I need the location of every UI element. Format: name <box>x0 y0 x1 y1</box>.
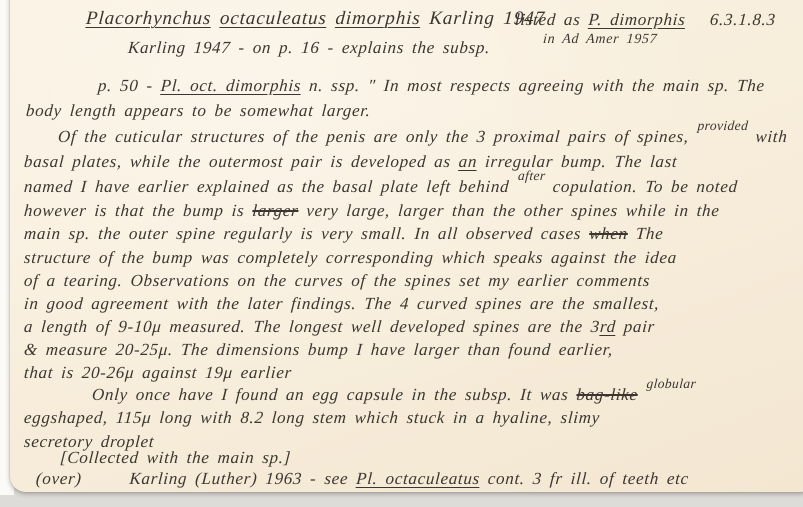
handwriting-segment: of a tearing. Observations on the curves… <box>23 271 651 290</box>
handwriting-segment: irregular bump. The last <box>477 152 679 171</box>
handwriting-segment: with <box>747 127 788 146</box>
catalog-number: 6.3.1.8.3 <box>709 10 776 30</box>
inserted-word: provided <box>697 118 749 133</box>
inserted-word: globular <box>646 376 697 391</box>
handwriting-segment: (over) <box>35 469 82 488</box>
handwriting-segment: The <box>627 224 664 243</box>
listed-as-annotation: listed as P. dimorphis <box>514 10 686 30</box>
collected-note: [Collected with the main sp.] <box>59 448 292 468</box>
over-reference-line: (over) Karling (Luther) 1963 - see Pl. o… <box>35 469 689 489</box>
handwriting-segment: Only once have I found an egg capsule in… <box>91 385 577 404</box>
handwriting-segment: rd <box>599 317 616 336</box>
crossed-out-word: when <box>589 224 629 243</box>
handwriting-segment: in good agreement with the later finding… <box>23 294 660 313</box>
handwriting-segment: n. ssp. " In most respects agreeing with… <box>301 76 766 95</box>
handwriting-segment: an <box>458 152 478 171</box>
handwritten-line: in good agreement with the later finding… <box>23 294 660 314</box>
handwritten-line: main sp. the outer spine regularly is ve… <box>23 224 664 244</box>
handwritten-line: a length of 9-10μ measured. The longest … <box>23 317 655 337</box>
scan-background: Placorhynchus octaculeatus dimorphis Kar… <box>0 0 803 507</box>
handwriting-segment: Karling (Luther) 1963 - see <box>81 469 357 488</box>
handwritten-line: body length appears to be somewhat large… <box>25 101 371 121</box>
species-title-line: Placorhynchus octaculeatus dimorphis Kar… <box>85 8 546 30</box>
handwriting-segment: Placorhynchus <box>85 8 212 29</box>
handwritten-line: eggshaped, 115μ long with 8.2 long stem … <box>23 408 600 428</box>
crossed-out-word: bag-like <box>576 385 639 404</box>
handwriting-segment: P. dimorphis <box>588 10 686 29</box>
handwriting-segment: basal plates, while the outermost pair i… <box>23 152 459 171</box>
reference-note-line: Karling 1947 - on p. 16 - explains the s… <box>127 38 491 58</box>
handwriting-segment: eggshaped, 115μ long with 8.2 long stem … <box>23 408 600 427</box>
handwritten-line: however is that the bump is larger very … <box>23 201 720 221</box>
handwriting-segment: that is 20-26μ against 19μ earlier <box>23 363 292 382</box>
handwritten-line: that is 20-26μ against 19μ earlier <box>23 363 292 383</box>
index-card: Placorhynchus octaculeatus dimorphis Kar… <box>10 0 803 492</box>
handwritten-line: structure of the bump was completely cor… <box>23 248 677 268</box>
handwritten-line: basal plates, while the outermost pair i… <box>23 152 678 172</box>
handwriting-segment: structure of the bump was completely cor… <box>23 248 677 267</box>
handwriting-segment: cont. 3 fr ill. of teeth etc <box>479 469 689 488</box>
handwriting-segment: pair <box>615 317 655 336</box>
handwritten-line: Only once have I found an egg capsule in… <box>91 385 696 405</box>
handwriting-segment: Pl. octaculeatus <box>356 469 481 488</box>
handwritten-line: Of the cuticular structures of the penis… <box>57 127 788 147</box>
listed-as-annotation-source: in Ad Amer 1957 <box>542 32 657 48</box>
handwriting-segment: Pl. oct. dimorphis <box>160 76 302 95</box>
handwritten-line: & measure 20-25μ. The dimensions bump I … <box>23 340 613 360</box>
handwriting-segment: however is that the bump is <box>23 201 253 220</box>
handwriting-segment: main sp. the outer spine regularly is ve… <box>23 224 590 243</box>
handwriting-segment: a length of 9-10μ measured. The longest … <box>23 317 600 336</box>
handwriting-segment: named I have earlier explained as the ba… <box>23 177 518 196</box>
handwriting-segment: Karling 1947 - on p. 16 - explains the s… <box>127 38 490 57</box>
handwriting-segment: octaculeatus <box>219 8 327 29</box>
inserted-word: after <box>518 168 547 183</box>
handwritten-line: of a tearing. Observations on the curves… <box>23 271 651 291</box>
handwriting-segment: [Collected with the main sp.] <box>59 448 291 467</box>
handwriting-segment <box>637 385 646 404</box>
handwritten-line: named I have earlier explained as the ba… <box>23 177 738 197</box>
handwriting-segment: very large, larger than the other spines… <box>298 201 720 220</box>
handwriting-segment: p. 50 - <box>97 76 161 95</box>
handwriting-segment: & measure 20-25μ. The dimensions bump I … <box>23 340 613 359</box>
handwriting-segment: dimorphis <box>335 8 422 29</box>
handwriting-segment: copulation. To be noted <box>544 177 738 196</box>
handwriting-segment: Of the cuticular structures of the penis… <box>57 127 697 146</box>
handwriting-segment: in Ad Amer 1957 <box>543 32 658 47</box>
crossed-out-word: larger <box>252 201 299 220</box>
page-citation-line: p. 50 - Pl. oct. dimorphis n. ssp. " In … <box>97 76 765 96</box>
handwriting-segment: listed as <box>514 10 589 29</box>
handwriting-segment: body length appears to be somewhat large… <box>25 101 371 120</box>
